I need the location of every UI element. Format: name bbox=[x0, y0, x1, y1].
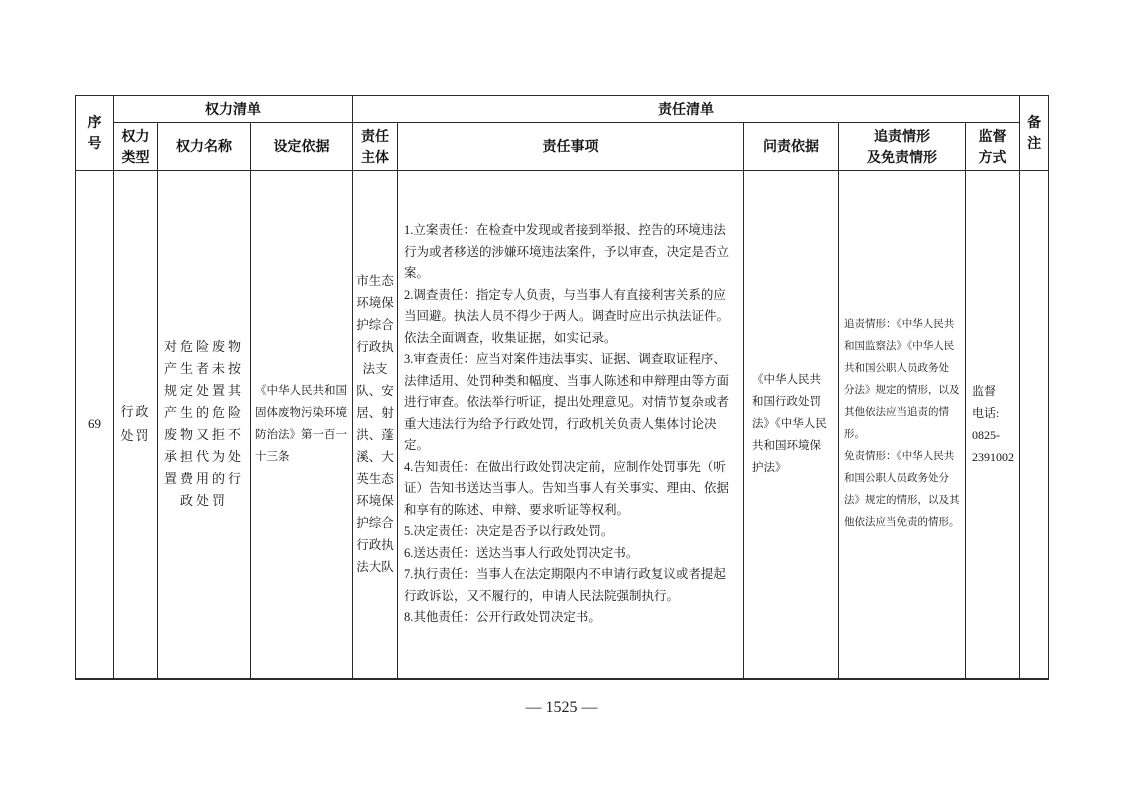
header-power-list-group: 权力清单 bbox=[114, 96, 353, 123]
cell-power-type: 行政 处罚 bbox=[114, 171, 158, 679]
cell-serial-number: 69 bbox=[76, 171, 114, 679]
header-setting-basis: 设定依据 bbox=[251, 123, 353, 171]
power-responsibility-table: 序 号 权力清单 责任清单 备 注 权力 类型 权力名称 设定依据 责任 主体 … bbox=[75, 95, 1049, 680]
cell-supervision-method: 监督 电话: 0825- 2391002 bbox=[966, 171, 1020, 679]
page-number: — 1525 — bbox=[75, 699, 1048, 717]
header-accountability-cases: 追责情形 及免责情形 bbox=[839, 123, 966, 171]
header-power-type: 权力 类型 bbox=[114, 123, 158, 171]
header-supervision-method: 监督 方式 bbox=[966, 123, 1020, 171]
header-serial-number: 序 号 bbox=[76, 96, 114, 171]
header-responsibility-list-group: 责任清单 bbox=[353, 96, 1020, 123]
header-power-name: 权力名称 bbox=[158, 123, 251, 171]
cell-responsibility-items: 1.立案责任：在检查中发现或者接到举报、控告的环境违法行为或者移送的涉嫌环境违法… bbox=[398, 171, 744, 679]
header-remark: 备 注 bbox=[1020, 96, 1049, 171]
table-header-row-groups: 序 号 权力清单 责任清单 备 注 bbox=[76, 96, 1049, 123]
table-row: 69 行政 处罚 对危险废物 产生者未按 规定处置其 产生的危险 废物又拒不 承… bbox=[76, 171, 1049, 679]
table-header-row-columns: 权力 类型 权力名称 设定依据 责任 主体 责任事项 问责依据 追责情形 及免责… bbox=[76, 123, 1049, 171]
cell-setting-basis: 《中华人民共和国 固体废物污染环境 防治法》第一百一 十三条 bbox=[251, 171, 353, 679]
cell-remark bbox=[1020, 171, 1049, 679]
header-responsibility-subject: 责任 主体 bbox=[353, 123, 398, 171]
header-accountability-basis: 问责依据 bbox=[744, 123, 839, 171]
document-page: 序 号 权力清单 责任清单 备 注 权力 类型 权力名称 设定依据 责任 主体 … bbox=[0, 0, 1122, 793]
cell-accountability-cases: 追责情形：《中华人民共 和国监察法》《中华人民 共和国公职人员政务处 分法》规定… bbox=[839, 171, 966, 679]
cell-responsibility-subject: 市生态 环境保 护综合 行政执 法支 队、安 居、射 洪、蓬 溪、大 英生态 环… bbox=[353, 171, 398, 679]
header-responsibility-items: 责任事项 bbox=[398, 123, 744, 171]
cell-power-name: 对危险废物 产生者未按 规定处置其 产生的危险 废物又拒不 承担代为处 置费用的… bbox=[158, 171, 251, 679]
cell-accountability-basis: 《中华人民共 和国行政处罚 法》《中华人民 共和国环境保 护法》 bbox=[744, 171, 839, 679]
